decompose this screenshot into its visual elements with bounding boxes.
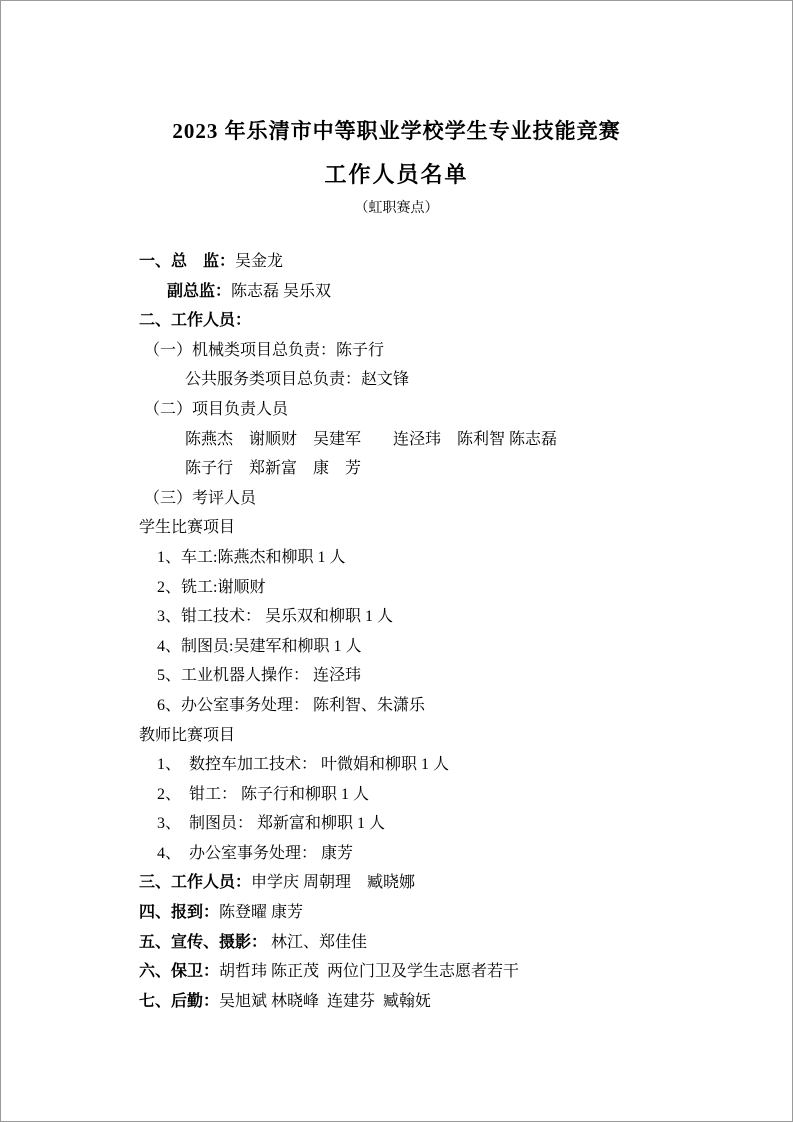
doc-line: 3、 制图员： 郑新富和柳职 1 人 [157,809,742,839]
doc-line: 陈子行 郑新富 康 芳 [185,454,742,484]
doc-line-text: 陈燕杰 谢顺财 吴建军 连泾玮 陈利智 陈志磊 [185,431,557,448]
doc-line: 2、铣工:谢顺财 [157,573,742,603]
doc-line-text: 1、车工:陈燕杰和柳职 1 人 [157,549,345,566]
doc-line-text: 林江、郑佳佳 [267,934,367,951]
doc-line-text: 陈志磊 吴乐双 [231,283,331,300]
doc-line: 4、制图员:吴建军和柳职 1 人 [157,632,742,662]
doc-line: 副总监：陈志磊 吴乐双 [167,277,742,307]
doc-line-label: 副总监： [167,283,231,300]
doc-line: 五、宣传、摄影： 林江、郑佳佳 [139,928,742,958]
document-title-line2: 工作人员名单 [1,160,792,190]
doc-line-text: 教师比赛项目 [139,727,235,744]
doc-line-text: 1、 数控车加工技术： 叶微娟和柳职 1 人 [157,756,449,773]
doc-line: 陈燕杰 谢顺财 吴建军 连泾玮 陈利智 陈志磊 [185,425,742,455]
doc-line: 二、工作人员： [139,306,742,336]
doc-line-label: 三、工作人员： [139,874,251,891]
doc-line-text: 吴金龙 [235,253,283,270]
doc-line-text: 公共服务类项目总负责：赵文锋 [185,371,409,388]
doc-line: 七、后勤：吴旭斌 林晓峰 连建芬 臧翰妩 [139,987,742,1017]
doc-line: （三）考评人员 [144,484,742,514]
document-body: 一、总 监：吴金龙 副总监：陈志磊 吴乐双 二、工作人员： （一）机械类项目总负… [139,247,742,1016]
doc-line-text: 胡哲玮 陈正茂 两位门卫及学生志愿者若干 [219,963,519,980]
doc-line-text: 陈登曜 康芳 [219,904,303,921]
doc-line: 一、总 监：吴金龙 [139,247,742,277]
doc-line-text: 6、办公室事务处理： 陈利智、朱潇乐 [157,697,425,714]
doc-line-text: 5、工业机器人操作： 连泾玮 [157,667,361,684]
doc-line-label: 五、宣传、摄影： [139,934,267,951]
doc-line-text: 2、 钳工： 陈子行和柳职 1 人 [157,786,369,803]
doc-line: 5、工业机器人操作： 连泾玮 [157,661,742,691]
doc-line: 三、工作人员：申学庆 周朝理 臧晓娜 [139,868,742,898]
doc-line-text: 陈子行 郑新富 康 芳 [185,460,361,477]
doc-line-text: 2、铣工:谢顺财 [157,579,265,596]
doc-line: 教师比赛项目 [139,721,742,751]
doc-line: 1、车工:陈燕杰和柳职 1 人 [157,543,742,573]
doc-line: 3、钳工技术： 吴乐双和柳职 1 人 [157,602,742,632]
doc-line-label: 一、总 监： [139,253,235,270]
doc-line-text: 3、 制图员： 郑新富和柳职 1 人 [157,815,385,832]
doc-line-text: 4、 办公室事务处理： 康芳 [157,845,353,862]
document-subtitle: （虹职赛点） [1,199,792,219]
doc-line: （一）机械类项目总负责：陈子行 [144,336,742,366]
doc-line-label: 六、保卫： [139,963,219,980]
doc-line-text: 申学庆 周朝理 臧晓娜 [251,874,415,891]
doc-line: （二）项目负责人员 [144,395,742,425]
document-page: 2023 年乐清市中等职业学校学生专业技能竞赛 工作人员名单 （虹职赛点） 一、… [0,0,793,1122]
doc-line: 公共服务类项目总负责：赵文锋 [185,365,742,395]
doc-line-text: 学生比赛项目 [139,519,235,536]
doc-line-text: 4、制图员:吴建军和柳职 1 人 [157,638,361,655]
doc-line: 2、 钳工： 陈子行和柳职 1 人 [157,780,742,810]
doc-line-text: （二）项目负责人员 [144,401,288,418]
doc-line-text: 吴旭斌 林晓峰 连建芬 臧翰妩 [219,993,431,1010]
doc-line: 四、报到：陈登曜 康芳 [139,898,742,928]
doc-line-label: 二、工作人员： [139,312,251,329]
doc-line-text: （一）机械类项目总负责：陈子行 [144,342,384,359]
doc-line: 1、 数控车加工技术： 叶微娟和柳职 1 人 [157,750,742,780]
doc-line-label: 四、报到： [139,904,219,921]
doc-line-text: （三）考评人员 [144,490,256,507]
doc-line: 4、 办公室事务处理： 康芳 [157,839,742,869]
document-title-line1: 2023 年乐清市中等职业学校学生专业技能竞赛 [1,116,792,146]
doc-line: 学生比赛项目 [139,513,742,543]
doc-line-text: 3、钳工技术： 吴乐双和柳职 1 人 [157,608,393,625]
doc-line-label: 七、后勤： [139,993,219,1010]
doc-line: 六、保卫：胡哲玮 陈正茂 两位门卫及学生志愿者若干 [139,957,742,987]
doc-line: 6、办公室事务处理： 陈利智、朱潇乐 [157,691,742,721]
